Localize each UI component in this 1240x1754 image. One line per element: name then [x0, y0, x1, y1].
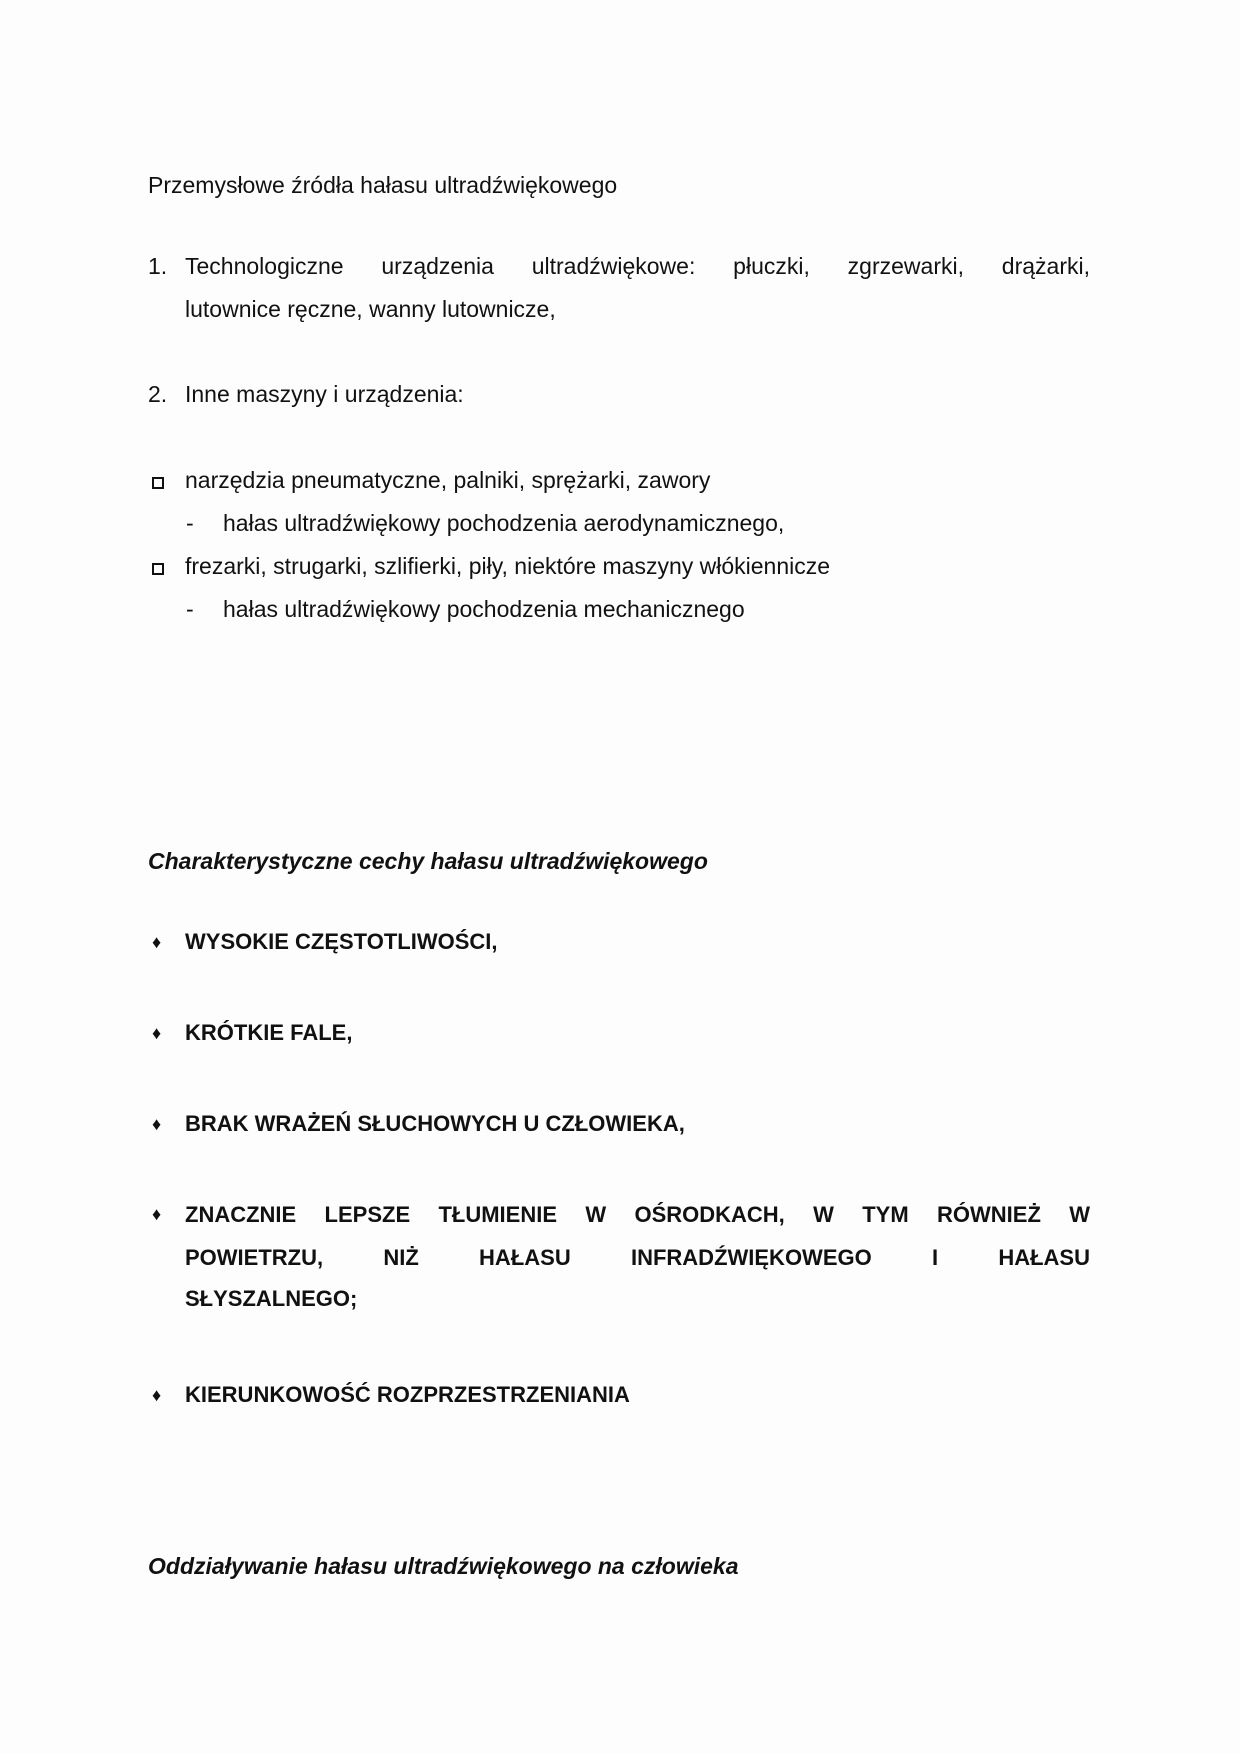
- dash-sub-item: - hałas ultradźwiękowy pochodzenia aerod…: [148, 510, 784, 537]
- numbered-item: 2. Inne maszyny i urządzenia:: [148, 373, 1090, 416]
- section-heading-industrial-sources: Przemysłowe źródła hałasu ultradźwiękowe…: [148, 172, 617, 199]
- bullet-text: KIERUNKOWOŚĆ ROZPRZESTRZENIANIA: [185, 1373, 1090, 1417]
- bullet-text-line: SŁYSZALNEGO;: [185, 1277, 1090, 1320]
- dash-marker: -: [186, 596, 194, 623]
- diamond-bullet-item: ♦ KRÓTKIE FALE,: [148, 1011, 1090, 1055]
- document-page: Przemysłowe źródła hałasu ultradźwiękowe…: [0, 0, 1240, 1754]
- section-heading-characteristics: Charakterystyczne cechy hałasu ultradźwi…: [148, 848, 708, 875]
- square-bullet-item: frezarki, strugarki, szlifierki, piły, n…: [148, 553, 830, 580]
- bullet-text: KRÓTKIE FALE,: [185, 1011, 1090, 1055]
- bullet-text: BRAK WRAŻEŃ SŁUCHOWYCH U CZŁOWIEKA,: [185, 1102, 1090, 1146]
- item-text-line: lutownice ręczne, wanny lutownicze,: [185, 288, 1090, 331]
- bullet-text: narzędzia pneumatyczne, palniki, sprężar…: [185, 467, 710, 493]
- diamond-bullet-icon: ♦: [152, 1011, 161, 1055]
- item-text-line: Inne maszyny i urządzenia:: [185, 373, 1090, 416]
- square-bullet-item: narzędzia pneumatyczne, palniki, sprężar…: [148, 467, 710, 494]
- item-number: 2.: [148, 373, 167, 416]
- dash-sub-item: - hałas ultradźwiękowy pochodzenia mecha…: [148, 596, 745, 623]
- item-number: 1.: [148, 245, 167, 288]
- diamond-bullet-icon: ♦: [152, 1102, 161, 1146]
- diamond-bullet-item: ♦ WYSOKIE CZĘSTOTLIWOŚCI,: [148, 920, 1090, 964]
- dash-marker: -: [186, 510, 194, 537]
- sub-item-text: hałas ultradźwiękowy pochodzenia aerodyn…: [223, 510, 784, 536]
- sub-item-text: hałas ultradźwiękowy pochodzenia mechani…: [223, 596, 745, 622]
- bullet-text-line: POWIETRZU, NIŻ HAŁASU INFRADŹWIĘKOWEGO I…: [185, 1236, 1090, 1279]
- square-bullet-icon: [152, 563, 164, 575]
- diamond-bullet-icon: ♦: [152, 1193, 161, 1236]
- bullet-text: WYSOKIE CZĘSTOTLIWOŚCI,: [185, 920, 1090, 964]
- diamond-bullet-icon: ♦: [152, 1373, 161, 1417]
- item-text-line: Technologiczne urządzenia ultradźwiękowe…: [185, 245, 1090, 288]
- section-heading-effects-on-humans: Oddziaływanie hałasu ultradźwiękowego na…: [148, 1553, 739, 1580]
- diamond-bullet-item: ♦ BRAK WRAŻEŃ SŁUCHOWYCH U CZŁOWIEKA,: [148, 1102, 1090, 1146]
- square-bullet-icon: [152, 477, 164, 489]
- bullet-text-line: ZNACZNIE LEPSZE TŁUMIENIE W OŚRODKACH, W…: [185, 1193, 1090, 1236]
- diamond-bullet-item: ♦ ZNACZNIE LEPSZE TŁUMIENIE W OŚRODKACH,…: [148, 1193, 1090, 1320]
- numbered-item: 1. Technologiczne urządzenia ultradźwięk…: [148, 245, 1090, 331]
- bullet-text: frezarki, strugarki, szlifierki, piły, n…: [185, 553, 830, 579]
- diamond-bullet-item: ♦ KIERUNKOWOŚĆ ROZPRZESTRZENIANIA: [148, 1373, 1090, 1417]
- diamond-bullet-icon: ♦: [152, 920, 161, 964]
